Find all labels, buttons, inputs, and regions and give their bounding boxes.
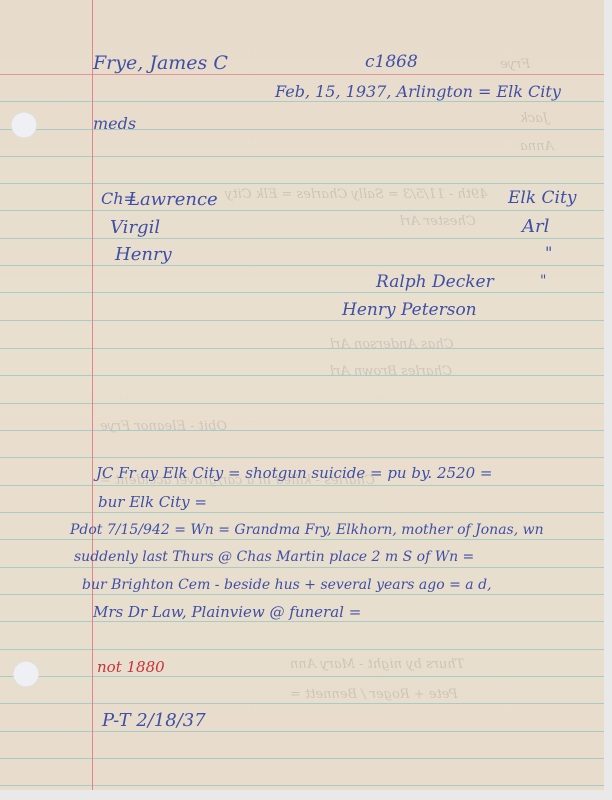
- ruled-line: [0, 512, 604, 513]
- bleed-through-text: Frye: [500, 58, 530, 71]
- ruled-line: [0, 594, 604, 595]
- death-date-place: Feb, 15, 1937, Arlington = Elk City: [275, 84, 561, 100]
- ruled-line: [0, 430, 604, 431]
- ruled-line: [0, 649, 604, 650]
- ruled-line: [0, 676, 604, 677]
- ruled-line: [0, 210, 604, 211]
- birth-year: c1868: [365, 54, 418, 71]
- child-place: Arl: [522, 218, 549, 236]
- bleed-through-text: Charles Brown Arl: [330, 365, 452, 378]
- narrative-line: bur Elk City =: [98, 495, 207, 510]
- ruled-line: [0, 101, 604, 102]
- narrative-line: JC Fr ay Elk City = shotgun suicide = pu…: [96, 466, 492, 481]
- child-name: Lawrence: [128, 191, 218, 209]
- bleed-through-text: Chas Anderson Arl: [330, 338, 454, 351]
- punch-hole-bottom: [13, 661, 39, 687]
- occupation-note: meds: [93, 116, 136, 132]
- punch-hole-top: [11, 112, 37, 138]
- bleed-through-text: Pete + Roger / Bennett =: [290, 688, 458, 701]
- ruled-line: [0, 457, 604, 458]
- top-red-rule: [0, 74, 604, 75]
- ruled-line: [0, 129, 604, 130]
- bleed-through-text: Anna: [520, 140, 554, 153]
- ruled-line: [0, 183, 604, 184]
- ruled-line: [0, 731, 604, 732]
- bleed-through-text: Obit - Eleanor Frye: [100, 420, 227, 433]
- bleed-through-text: 49th - 11/5/3 = Sally Charles = Elk City: [225, 188, 488, 201]
- narrative-line: Mrs Dr Law, Plainview @ funeral =: [93, 605, 361, 620]
- ruled-line: [0, 265, 604, 266]
- ruled-line: [0, 375, 604, 376]
- ruled-line: [0, 292, 604, 293]
- ruled-line: [0, 348, 604, 349]
- source-citation: P-T 2/18/37: [102, 712, 206, 730]
- child-name: Virgil: [110, 219, 160, 237]
- bleed-through-text: Chester Arl: [400, 215, 476, 228]
- child-place: Elk City: [508, 190, 576, 207]
- bleed-through-text: Thurs by night - Mary Ann: [290, 658, 464, 671]
- subject-name: Frye, James C: [93, 54, 228, 73]
- ruled-line: [0, 539, 604, 540]
- ruled-line: [0, 403, 604, 404]
- bleed-through-text: Jack: [520, 112, 548, 125]
- related-name: Henry Peterson: [342, 302, 477, 319]
- ruled-line: [0, 567, 604, 568]
- red-annotation: not 1880: [97, 660, 165, 675]
- child-name: Henry: [115, 246, 172, 264]
- narrative-line: Pdot 7/15/942 = Wn = Grandma Fry, Elkhor…: [70, 523, 544, 537]
- ruled-line: [0, 703, 604, 704]
- notebook-page: Frye Jack Anna 49th - 11/5/3 = Sally Cha…: [0, 0, 604, 790]
- related-name: Ralph Decker: [376, 274, 494, 291]
- ruled-line: [0, 785, 604, 786]
- related-place: ": [540, 274, 546, 288]
- ruled-line: [0, 621, 604, 622]
- child-place: ": [545, 245, 552, 261]
- ruled-line: [0, 758, 604, 759]
- ruled-line: [0, 156, 604, 157]
- ruled-line: [0, 238, 604, 239]
- narrative-line: bur Brighton Cem - beside hus + several …: [82, 578, 492, 592]
- narrative-line: suddenly last Thurs @ Chas Martin place …: [74, 550, 474, 564]
- ruled-line: [0, 320, 604, 321]
